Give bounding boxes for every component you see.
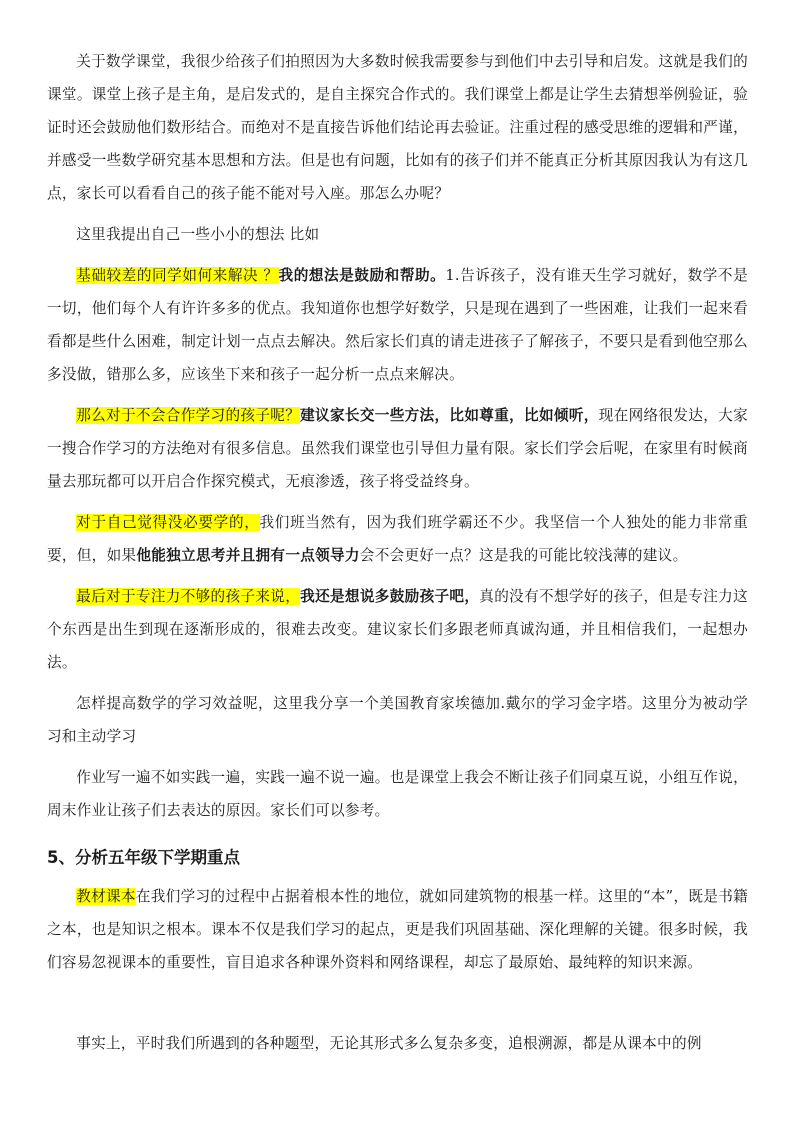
bold-text: 我还是想说多鼓励孩子吧， xyxy=(300,588,479,605)
document-page: 关于数学课堂，我很少给孩子们拍照因为大多数时候我需要参与到他们中去引导和启发。这… xyxy=(47,45,748,1060)
highlighted-text: 教材课本 xyxy=(76,888,136,905)
spacer xyxy=(47,979,748,1027)
body-text: 会不会更好一点？这是我的可能比较浅薄的建议。 xyxy=(360,547,688,564)
highlighted-text: 对于自己觉得没必要学的， xyxy=(76,514,259,531)
paragraph-unnecessary: 对于自己觉得没必要学的，我们班当然有，因为我们班学霸还不少。我坚信一个人独处的能… xyxy=(47,506,748,572)
highlighted-text: 基础较差的同学如何来解决 ？ xyxy=(76,267,278,284)
highlighted-text: 那么对于不会合作学习的孩子呢？ xyxy=(76,407,300,424)
paragraph-weak-students: 基础较差的同学如何来解决 ？我的想法是鼓励和帮助。1.告诉孩子，没有谁天生学习就… xyxy=(47,259,748,391)
paragraph-focus: 最后对于专注力不够的孩子来说，我还是想说多鼓励孩子吧，真的没有不想学好的孩子，但… xyxy=(47,580,748,679)
highlighted-text: 最后对于专注力不够的孩子来说， xyxy=(76,588,300,605)
paragraph-ideas-intro: 这里我提出自己一些小小的想法 比如 xyxy=(47,218,748,251)
paragraph-question-types: 事实上，平时我们所遇到的各种题型，无论其形式多么复杂多变，追根溯源，都是从课本中… xyxy=(47,1027,748,1060)
paragraph-textbook: 教材课本在我们学习的过程中占据着根本性的地位，就如同建筑物的根基一样。这里的“本… xyxy=(47,880,748,979)
paragraph-learning-pyramid: 怎样提高数学的学习效益呢，这里我分享一个美国教育家埃德加.戴尔的学习金字塔。这里… xyxy=(47,687,748,753)
body-text: 1.告诉孩子，没有谁天生学习就好，数学不是一切，他们每个人有许许多多的优点。我知… xyxy=(47,267,748,383)
paragraph-cooperation: 那么对于不会合作学习的孩子呢？建议家长交一些方法，比如尊重，比如倾听，现在网络很… xyxy=(47,399,748,498)
paragraph-math-classroom: 关于数学课堂，我很少给孩子们拍照因为大多数时候我需要参与到他们中去引导和启发。这… xyxy=(47,45,748,210)
bold-text: 我的想法是鼓励和帮助。 xyxy=(279,267,446,284)
bold-text: 他能独立思考并且拥有一点领导力 xyxy=(136,547,359,564)
body-text: 在我们学习的过程中占据着根本性的地位，就如同建筑物的根基一样。这里的“本”，既是… xyxy=(47,888,748,971)
bold-text: 建议家长交一些方法，比如尊重，比如倾听， xyxy=(300,407,599,424)
section-heading: 5、分析五年级下学期重点 xyxy=(47,841,748,874)
paragraph-homework: 作业写一遍不如实践一遍，实践一遍不说一遍。也是课堂上我会不断让孩子们同桌互说，小… xyxy=(47,761,748,827)
